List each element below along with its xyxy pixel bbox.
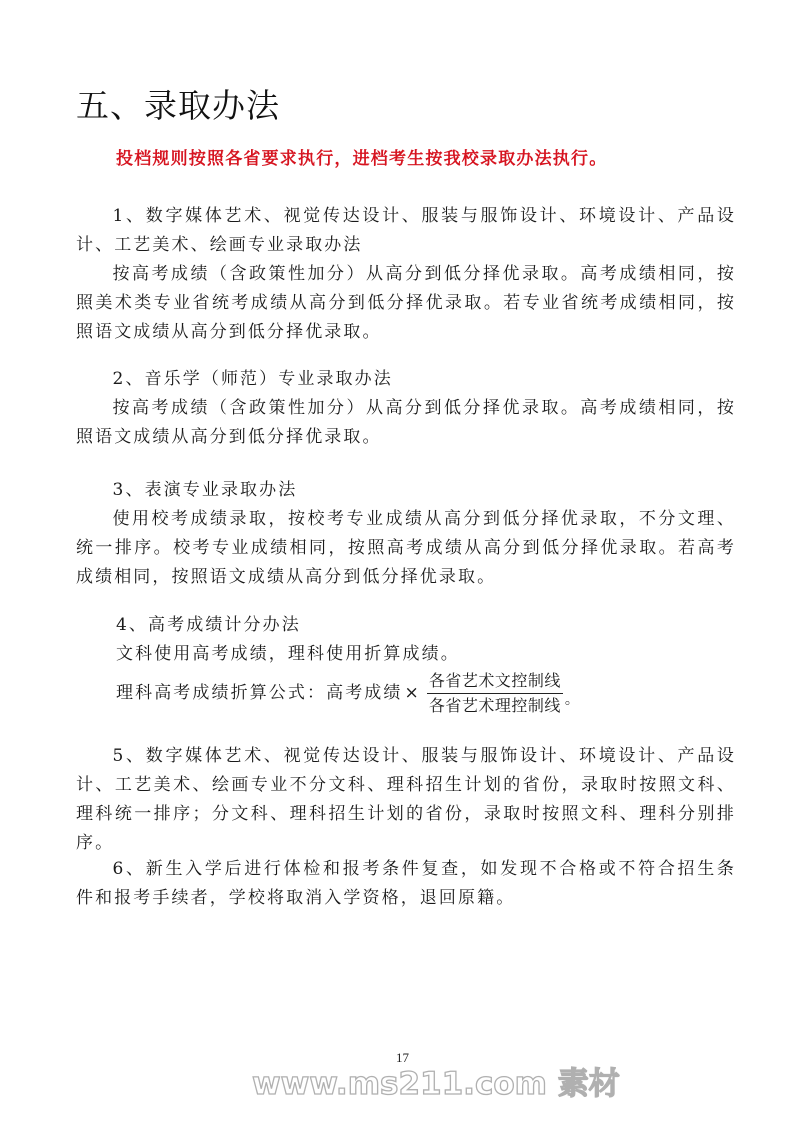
formula-term: 高考成绩 [326,679,402,708]
formula-fraction: 各省艺术文控制线 各省艺术理控制线 [427,670,563,717]
item-5: 5、数字媒体艺术、视觉传达设计、服装与服饰设计、环境设计、产品设计、工艺美术、绘… [76,742,736,858]
formula-label: 理科高考成绩折算公式： [116,679,326,708]
fraction-denominator: 各省艺术理控制线 [427,694,563,717]
item-1-heading: 1、数字媒体艺术、视觉传达设计、服装与服饰设计、环境设计、产品设计、工艺美术、绘… [76,202,736,260]
item-3-body: 使用校考成绩录取，按校考专业成绩从高分到低分择优录取，不分文理、统一排序。校考专… [76,505,736,592]
item-2: 2、音乐学（师范）专业录取办法 按高考成绩（含政策性加分）从高分到低分择优录取。… [76,365,736,452]
item-3-heading: 3、表演专业录取办法 [76,476,736,505]
multiply-sign: × [405,679,421,708]
item-3: 3、表演专业录取办法 使用校考成绩录取，按校考专业成绩从高分到低分择优录取，不分… [76,476,736,592]
item-1-body: 按高考成绩（含政策性加分）从高分到低分择优录取。高考成绩相同，按照美术类专业省统… [76,260,736,347]
item-2-heading: 2、音乐学（师范）专业录取办法 [76,365,736,394]
item-5-body: 5、数字媒体艺术、视觉传达设计、服装与服饰设计、环境设计、产品设计、工艺美术、绘… [76,742,736,858]
item-4-heading: 4、高考成绩计分办法 [76,611,736,640]
section-title: 五、录取办法 [76,86,280,126]
item-6: 6、新生入学后进行体检和报考条件复查，如发现不合格或不符合招生条件和报考手续者，… [76,855,736,913]
document-page: 五、录取办法 投档规则按照各省要求执行，进档考生按我校录取办法执行。 1、数字媒… [0,0,800,1131]
item-4: 4、高考成绩计分办法 文科使用高考成绩，理科使用折算成绩。 理科高考成绩折算公式… [76,611,736,717]
item-2-body: 按高考成绩（含政策性加分）从高分到低分择优录取。高考成绩相同，按照语文成绩从高分… [76,394,736,452]
watermark: www.ms211.com 素材 [252,1058,620,1103]
fraction-numerator: 各省艺术文控制线 [427,670,563,694]
admission-notice: 投档规则按照各省要求执行，进档考生按我校录取办法执行。 [116,147,607,171]
item-1: 1、数字媒体艺术、视觉传达设计、服装与服饰设计、环境设计、产品设计、工艺美术、绘… [76,202,736,347]
item-4-line1: 文科使用高考成绩，理科使用折算成绩。 [76,640,736,669]
formula-period: 。 [565,686,581,715]
item-6-body: 6、新生入学后进行体检和报考条件复查，如发现不合格或不符合招生条件和报考手续者，… [76,855,736,913]
conversion-formula: 理科高考成绩折算公式： 高考成绩 × 各省艺术文控制线 各省艺术理控制线 。 [76,669,736,717]
